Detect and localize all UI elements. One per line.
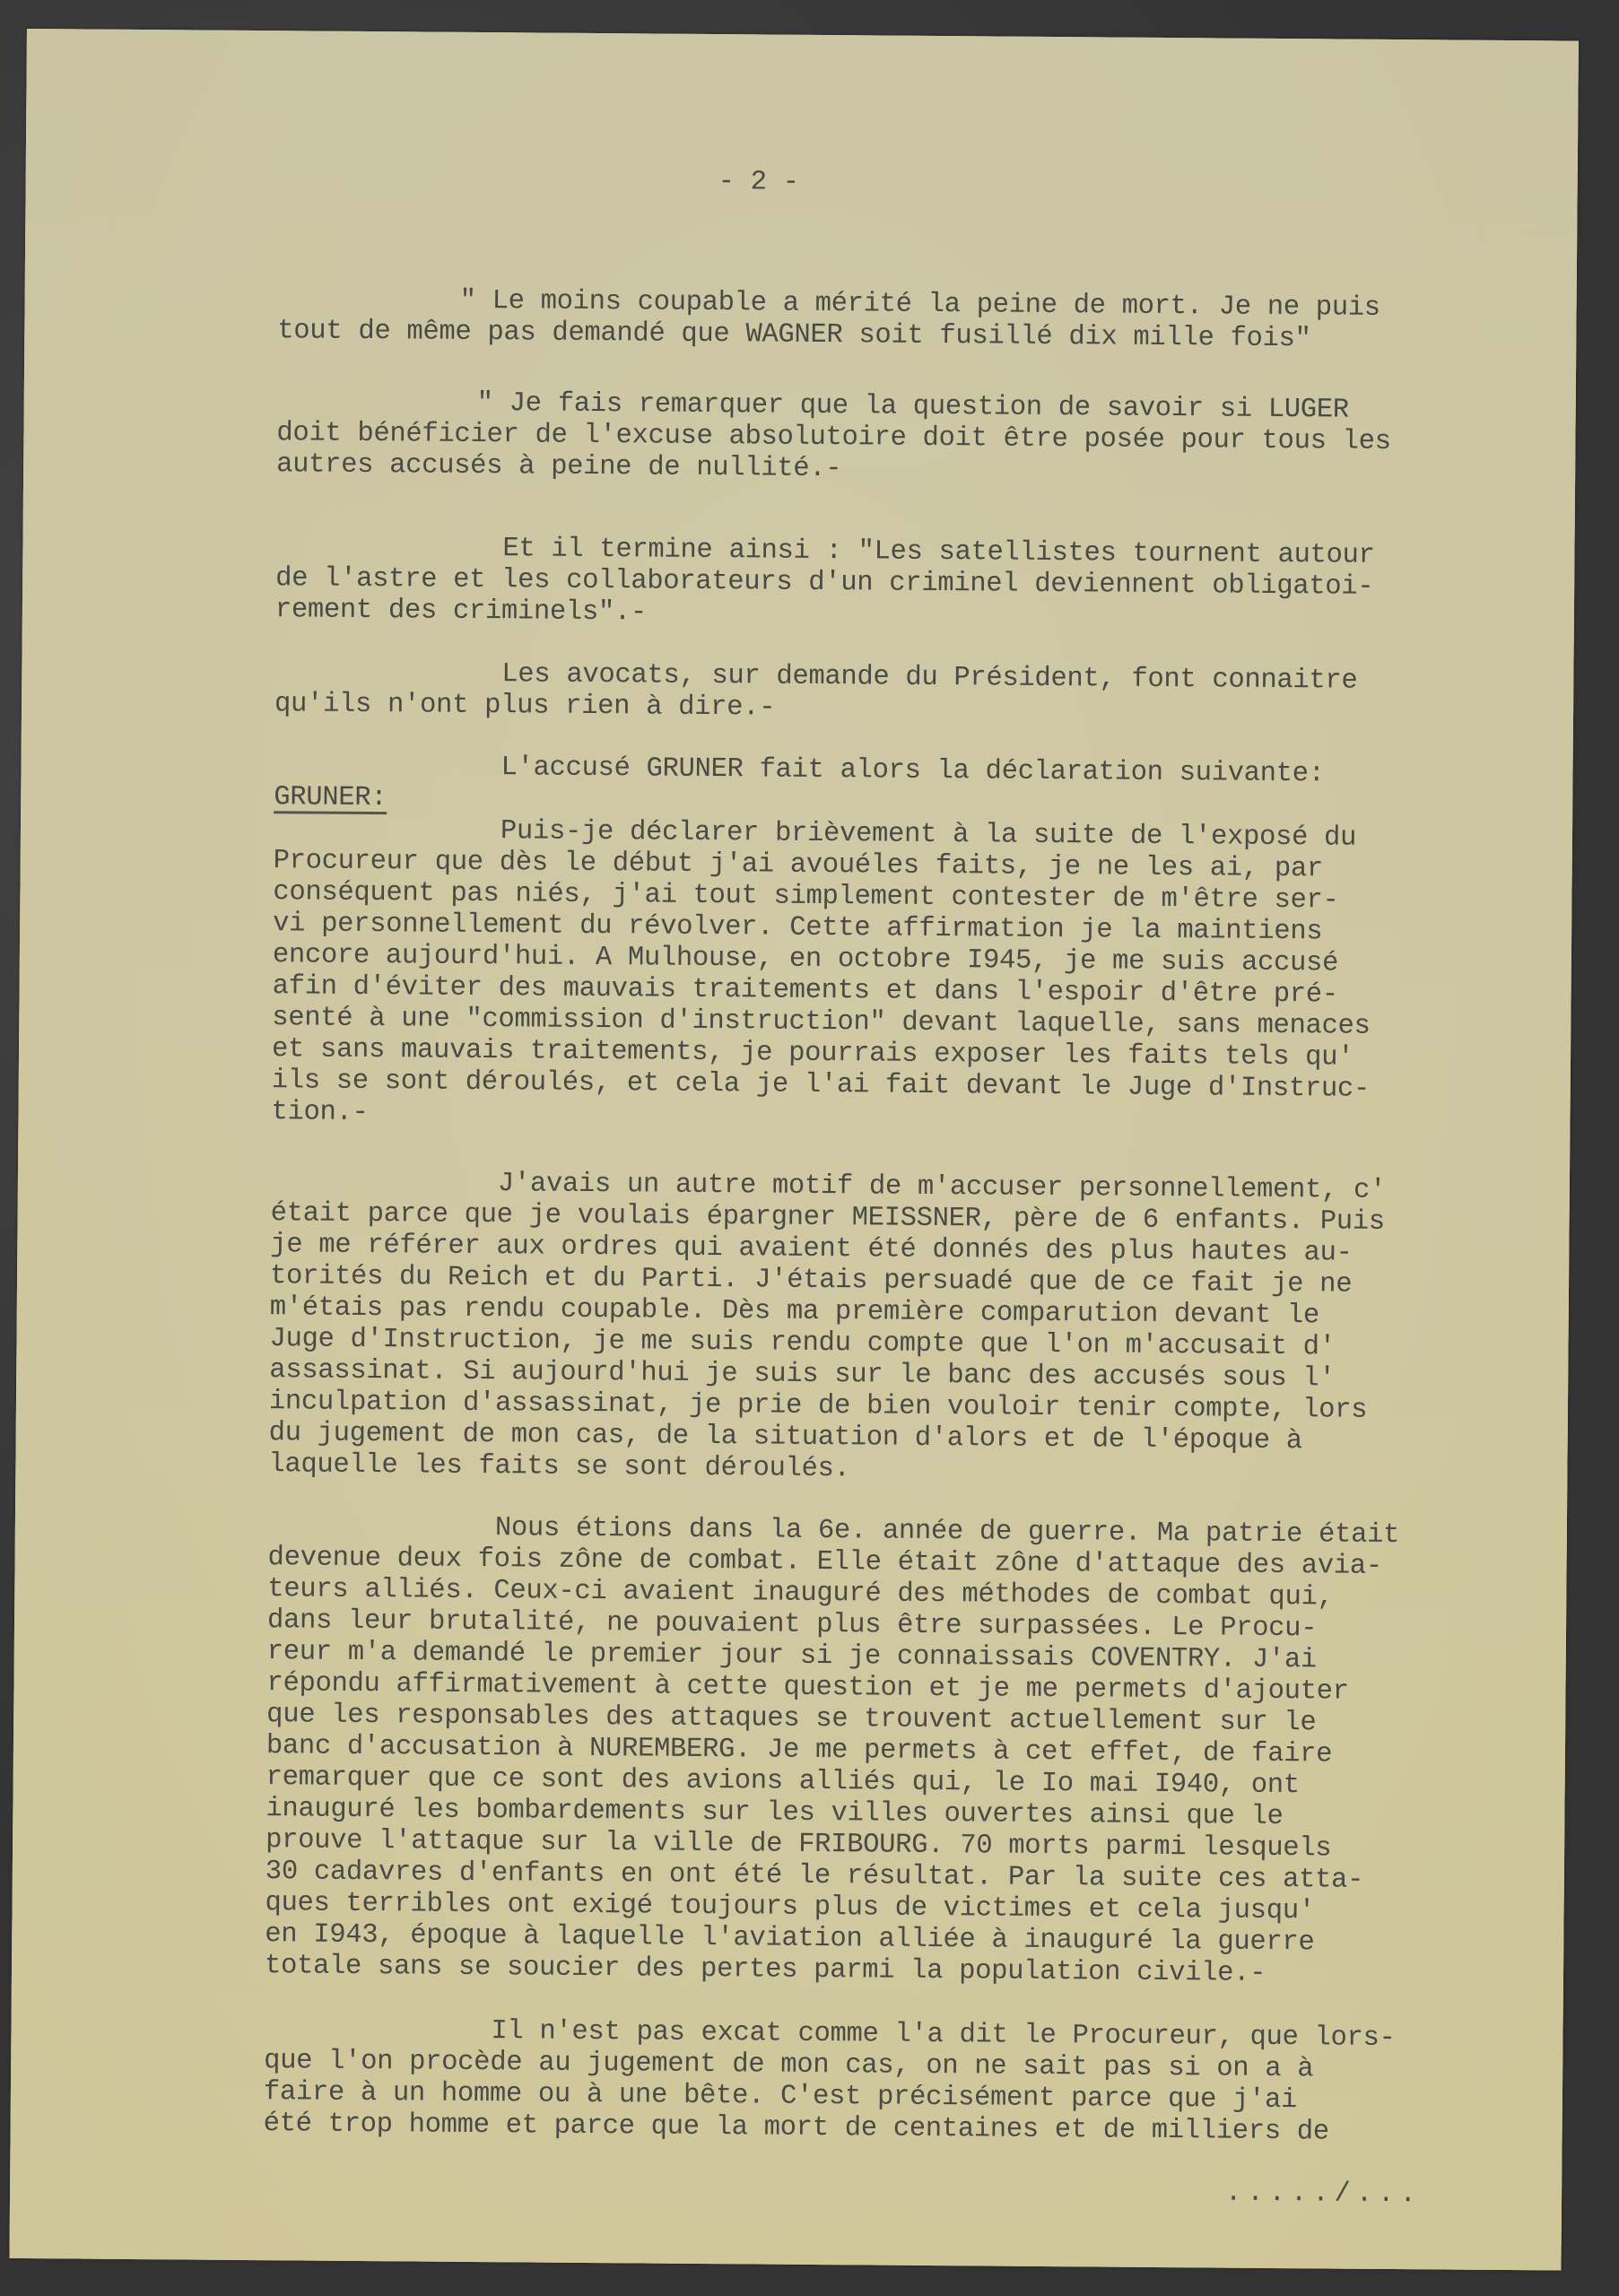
- page-number: - 2 -: [718, 167, 799, 198]
- text-line: laquelle les faits se sont déroulés.: [268, 1449, 849, 1484]
- text-line: autres accusés à peine de nullité.-: [276, 449, 841, 484]
- text-line: tion.-: [271, 1097, 368, 1128]
- text-line: L'accusé GRUNER fait alors la déclaratio…: [500, 752, 1324, 789]
- speaker-label: GRUNER:: [274, 782, 387, 813]
- continuation-mark: ...../...: [1225, 2179, 1422, 2211]
- text-line: rement des criminels".-: [275, 595, 647, 628]
- text-line: qu'ils n'ont plus rien à dire.-: [274, 689, 775, 723]
- document-page: - 2 - " Le moins coupable a mérité la pe…: [9, 29, 1578, 2271]
